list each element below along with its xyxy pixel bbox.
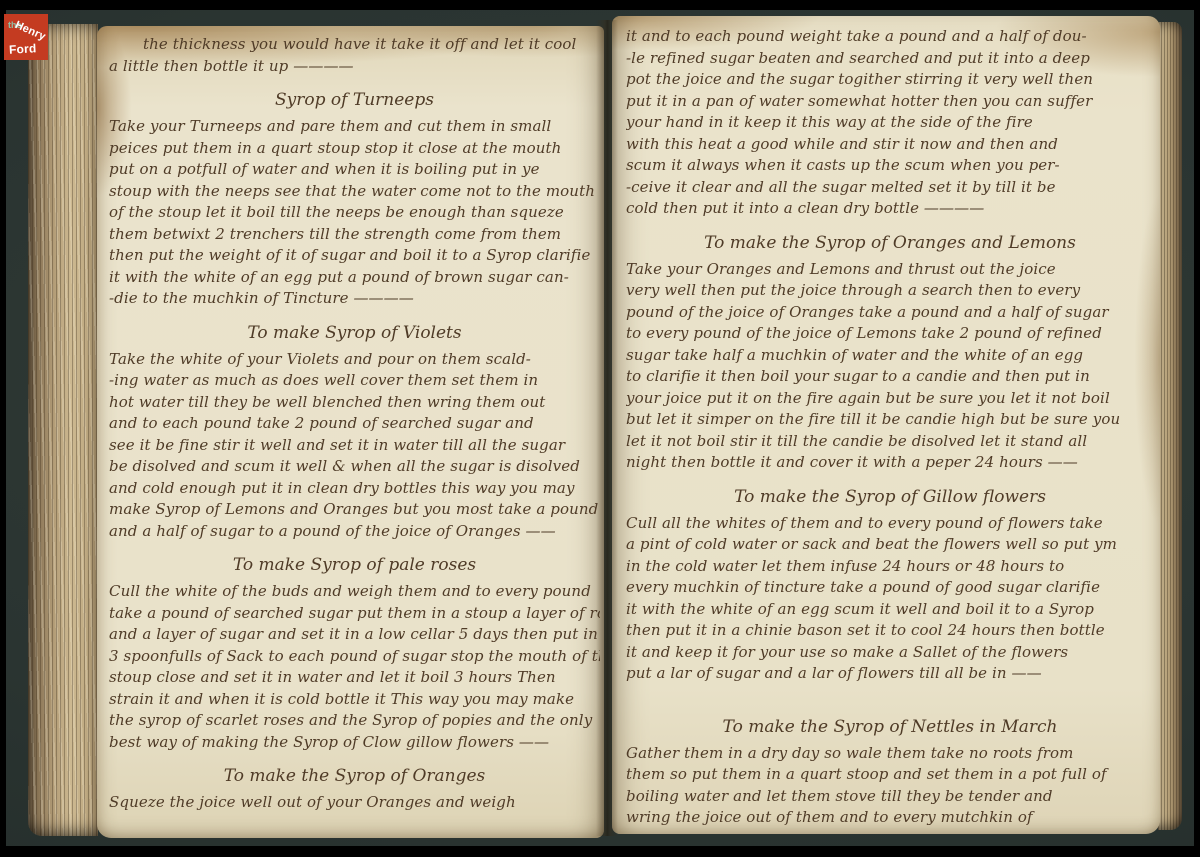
right-page: it and to each pound weight take a pound… bbox=[612, 16, 1160, 834]
manuscript-line: best way of making the Syrop of Clow gil… bbox=[109, 732, 600, 754]
henry-ford-logo: the Henry Ford bbox=[4, 14, 48, 60]
recipe-heading: To make the Syrop of Nettles in March bbox=[626, 715, 1154, 739]
manuscript-line: it with the white of an egg put a pound … bbox=[109, 267, 600, 289]
manuscript-line: but let it simper on the fire till it be… bbox=[626, 409, 1154, 431]
manuscript-line: -ing water as much as does well cover th… bbox=[109, 370, 600, 392]
recipe-heading: To make the Syrop of Oranges and Lemons bbox=[626, 231, 1154, 255]
book-page-edges-right bbox=[1158, 22, 1182, 830]
manuscript-line: Cull all the whites of them and to every… bbox=[626, 513, 1154, 535]
manuscript-line: them so put them in a quart stoop and se… bbox=[626, 764, 1154, 786]
recipe-heading: To make Syrop of Violets bbox=[109, 321, 600, 345]
manuscript-line: put it in a pan of water somewhat hotter… bbox=[626, 91, 1154, 113]
manuscript-line: the syrop of scarlet roses and the Syrop… bbox=[109, 710, 600, 732]
manuscript-line: Squeze the joice well out of your Orange… bbox=[109, 792, 600, 814]
manuscript-line: cold then put it into a clean dry bottle… bbox=[626, 198, 1154, 220]
manuscript-line: them betwixt 2 trenchers till the streng… bbox=[109, 224, 600, 246]
left-page: the thickness you would have it take it … bbox=[97, 26, 604, 838]
book-page-edges-left bbox=[28, 24, 98, 836]
manuscript-line: a pint of cold water or sack and beat th… bbox=[626, 534, 1154, 556]
logo-text-ford: Ford bbox=[9, 41, 37, 56]
manuscript-line: scum it always when it casts up the scum… bbox=[626, 155, 1154, 177]
manuscript-line: take a pound of searched sugar put them … bbox=[109, 603, 600, 625]
manuscript-line: wring the joice out of them and to every… bbox=[626, 807, 1154, 829]
manuscript-line: pot the joice and the sugar togither sti… bbox=[626, 69, 1154, 91]
manuscript-line: put on a potfull of water and when it is… bbox=[109, 159, 600, 181]
recipe-heading: Syrop of Turneeps bbox=[109, 88, 600, 112]
manuscript-line: a little then bottle it up ———— bbox=[109, 56, 600, 78]
manuscript-line: Gather them in a dry day so wale them ta… bbox=[626, 743, 1154, 765]
manuscript-line: 3 spoonfulls of Sack to each pound of su… bbox=[109, 646, 600, 668]
recipe-heading: To make the Syrop of Oranges bbox=[109, 764, 600, 788]
manuscript-line: to every pound of the joice of Lemons ta… bbox=[626, 323, 1154, 345]
manuscript-line: peices put them in a quart stoup stop it… bbox=[109, 138, 600, 160]
manuscript-line: -ceive it clear and all the sugar melted… bbox=[626, 177, 1154, 199]
manuscript-line: and a half of sugar to a pound of the jo… bbox=[109, 521, 600, 543]
manuscript-line: Cull the white of the buds and weigh the… bbox=[109, 581, 600, 603]
manuscript-line: every muchkin of tincture take a pound o… bbox=[626, 577, 1154, 599]
manuscript-line: and cold enough put it in clean dry bott… bbox=[109, 478, 600, 500]
manuscript-line: then put the weight of it of sugar and b… bbox=[109, 245, 600, 267]
manuscript-line: it and keep it for your use so make a Sa… bbox=[626, 642, 1154, 664]
manuscript-line: with this heat a good while and stir it … bbox=[626, 134, 1154, 156]
manuscript-line: your hand in it keep it this way at the … bbox=[626, 112, 1154, 134]
recipe-heading: To make the Syrop of Gillow flowers bbox=[626, 485, 1154, 509]
manuscript-line: Take your Turneeps and pare them and cut… bbox=[109, 116, 600, 138]
manuscript-line: make Syrop of Lemons and Oranges but you… bbox=[109, 499, 600, 521]
manuscript-line: then put it in a chinie bason set it to … bbox=[626, 620, 1154, 642]
manuscript-line: Take the white of your Violets and pour … bbox=[109, 349, 600, 371]
manuscript-line: of the stoup let it boil till the neeps … bbox=[109, 202, 600, 224]
manuscript-line: stoup with the neeps see that the water … bbox=[109, 181, 600, 203]
manuscript-line: be disolved and scum it well & when all … bbox=[109, 456, 600, 478]
manuscript-line: let it not boil stir it till the candie … bbox=[626, 431, 1154, 453]
manuscript-line: Take your Oranges and Lemons and thrust … bbox=[626, 259, 1154, 281]
manuscript-line: hot water till they be well blenched the… bbox=[109, 392, 600, 414]
manuscript-line: put a lar of sugar and a lar of flowers … bbox=[626, 663, 1154, 685]
manuscript-line: pound of the joice of Oranges take a pou… bbox=[626, 302, 1154, 324]
manuscript-line: in the cold water let them infuse 24 hou… bbox=[626, 556, 1154, 578]
logo-text-henry: Henry bbox=[13, 19, 47, 43]
manuscript-line: and to each pound take 2 pound of search… bbox=[109, 413, 600, 435]
manuscript-line: your joice put it on the fire again but … bbox=[626, 388, 1154, 410]
manuscript-line: strain it and when it is cold bottle it … bbox=[109, 689, 600, 711]
manuscript-line: boiling water and let them stove till th… bbox=[626, 786, 1154, 808]
manuscript-line: -die to the muchkin of Tincture ———— bbox=[109, 288, 600, 310]
manuscript-line: sugar take half a muchkin of water and t… bbox=[626, 345, 1154, 367]
manuscript-line: it with the white of an egg scum it well… bbox=[626, 599, 1154, 621]
manuscript-line: to clarifie it then boil your sugar to a… bbox=[626, 366, 1154, 388]
manuscript-line: the thickness you would have it take it … bbox=[109, 34, 600, 56]
manuscript-line: it and to each pound weight take a pound… bbox=[626, 26, 1154, 48]
manuscript-line: stoup close and set it in water and let … bbox=[109, 667, 600, 689]
manuscript-line: night then bottle it and cover it with a… bbox=[626, 452, 1154, 474]
manuscript-line: very well then put the joice through a s… bbox=[626, 280, 1154, 302]
manuscript-line: -le refined sugar beaten and searched an… bbox=[626, 48, 1154, 70]
manuscript-line: see it be fine stir it well and set it i… bbox=[109, 435, 600, 457]
recipe-heading: To make Syrop of pale roses bbox=[109, 553, 600, 577]
manuscript-line: and a layer of sugar and set it in a low… bbox=[109, 624, 600, 646]
